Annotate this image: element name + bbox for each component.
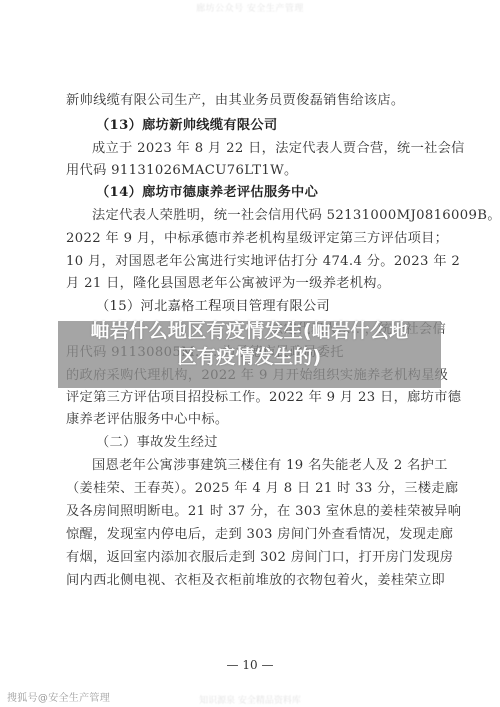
paragraph-line: 成立于 2023 年 8 月 22 日，法定代表人贾合营，统一社会信 [92,140,446,158]
overlay-title-line-2: 区有疫情发生的) [58,344,441,370]
paragraph-line: 法定代表人荣胜明，统一社会信用代码 52131000MJ0816009B。 [92,207,446,225]
section-heading-14: （14）廊坊市德康养老评估服务中心 [96,184,476,202]
page-number: — 10 — [0,658,500,672]
paragraph-line: 用代码 91131026MACU76LT1W。 [66,162,446,180]
paragraph-line: 10 月，对国恩老年公寓进行实地评估打分 474.4 分。2023 年 2 [66,253,446,271]
overlay-title-line-1: 岫岩什么地区有疫情发生(岫岩什么地 [58,318,441,344]
paragraph-line: （姜桂荣、王春英）。2025 年 4 月 8 日 21 时 33 分，三楼走廊 [66,480,446,498]
section-subheading-2: （二）事故发生经过 [96,434,476,452]
overlay-title: 岫岩什么地区有疫情发生(岫岩什么地 区有疫情发生的) [58,318,441,370]
paragraph-line: 月 21 日，隆化县国恩老年公寓被评为一级养老机构。 [66,275,446,293]
paragraph-line: 及各房间照明断电。21 时 37 分，在 303 室休息的姜桂荣被异响 [66,503,446,521]
footer-watermark: 知识源泉 安全精品资料库 [0,693,500,706]
paragraph-line: 间内西北侧电视、衣柜及衣柜前堆放的衣物包着火，姜桂荣立即 [66,572,446,590]
paragraph-line: 国恩老年公寓涉事建筑三楼住有 19 名失能老人及 2 名护工 [92,457,446,475]
paragraph-line: 评定第三方评估项目招投标工作。2022 年 9 月 23 日，廊坊市德 [66,389,446,407]
paragraph-line: 2022 年 9 月，中标承德市养老机构星级评定第三方评估项目； [66,230,446,248]
paragraph-line: 新帅线缆有限公司生产，由其业务员贾俊磊销售给该店。 [66,92,446,110]
section-heading-15: （15）河北嘉格工程项目管理有限公司 [96,298,476,316]
section-heading-13: （13）廊坊新帅线缆有限公司 [96,117,476,135]
paragraph-line: 康养老评估服务中心中标。 [66,411,446,429]
paragraph-line: 有烟，返回室内添加衣服后走到 302 房间门口，打开房门发现房 [66,549,446,567]
paragraph-line: 惊醒，发现室内停电后，走到 303 房间门外查看情况，发现走廊 [66,526,446,544]
